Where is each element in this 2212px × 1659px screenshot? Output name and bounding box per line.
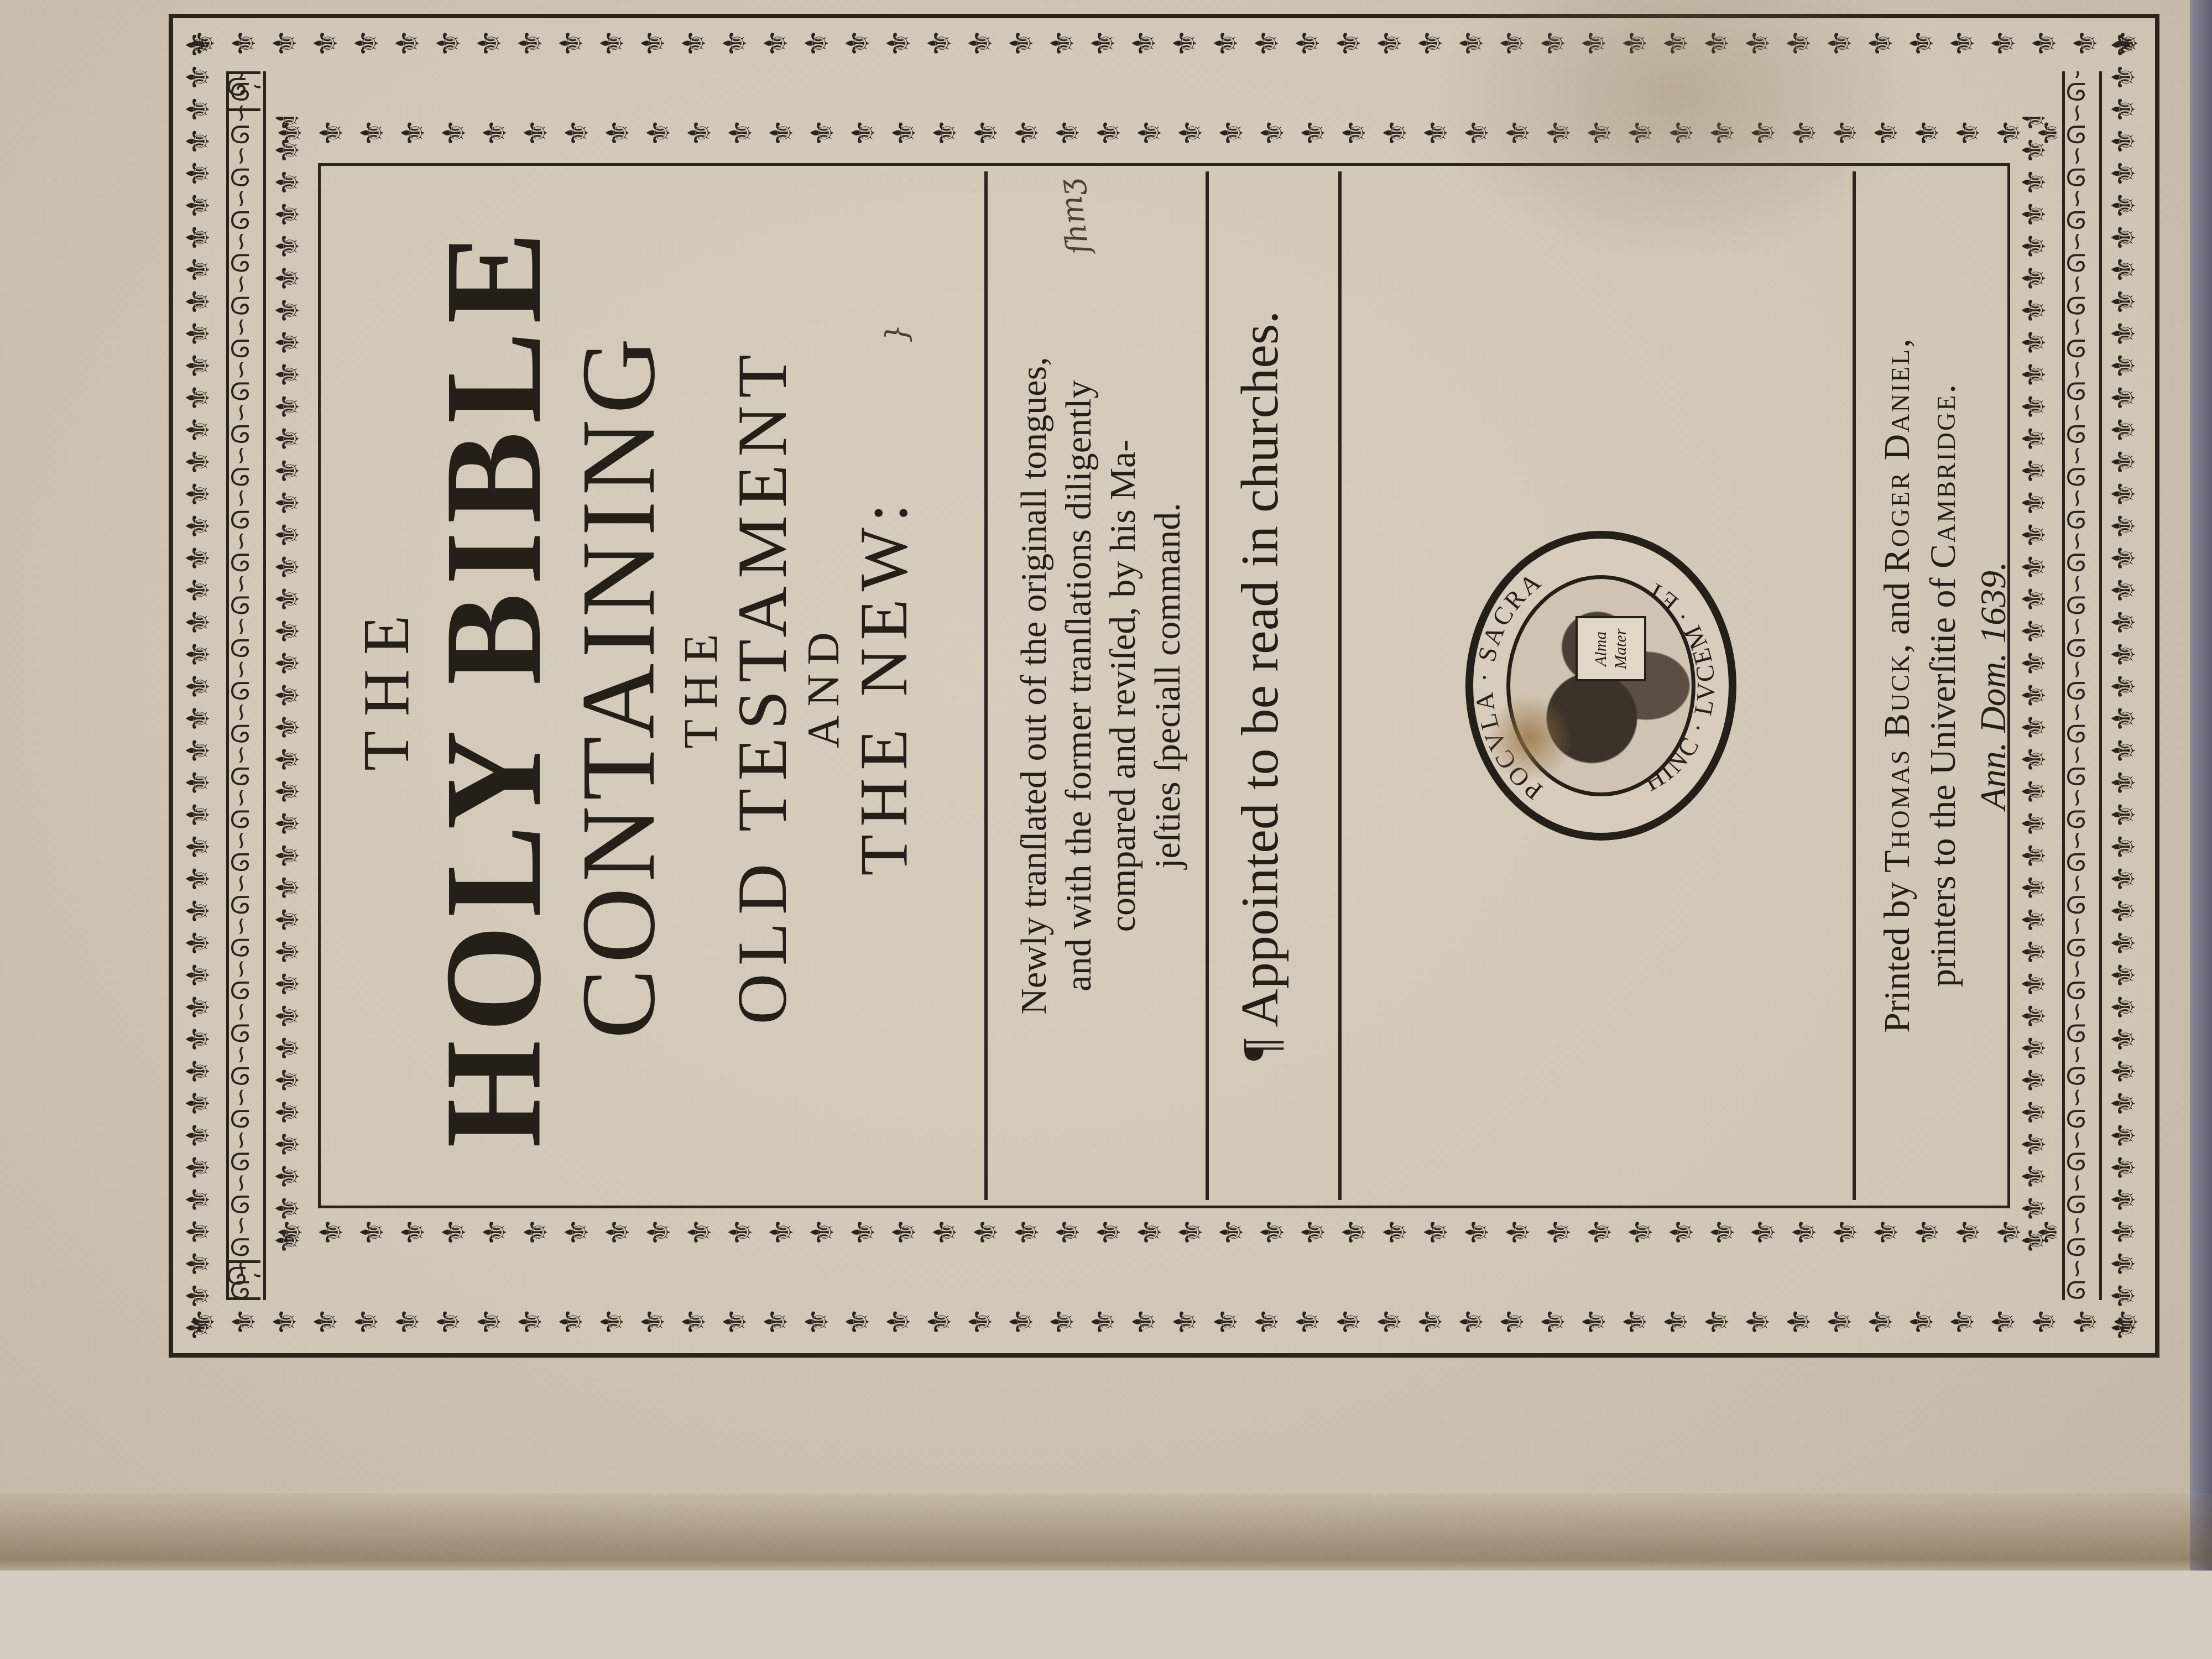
title-the-new: THE NEW: [851, 166, 918, 1206]
backdrop-edge [2190, 0, 2212, 1659]
border-fleuron-row-bottom: ⚜⚜⚜⚜⚜⚜⚜⚜⚜⚜⚜⚜⚜⚜⚜⚜⚜⚜⚜⚜⚜⚜⚜⚜⚜⚜⚜⚜⚜⚜⚜⚜⚜⚜⚜⚜⚜⚜⚜⚜… [2107, 29, 2146, 1342]
border-inner-fleuron-column-right: ⚜⚜⚜⚜⚜⚜⚜⚜⚜⚜⚜⚜⚜⚜⚜⚜⚜⚜⚜⚜⚜⚜⚜⚜⚜⚜⚜⚜⚜⚜⚜⚜⚜⚜⚜⚜⚜⚜⚜⚜… [272, 117, 2057, 155]
appointed-text: Appointed to be read in churches. [1230, 311, 1289, 1027]
ornamental-border: ⚜⚜⚜⚜⚜⚜⚜⚜⚜⚜⚜⚜⚜⚜⚜⚜⚜⚜⚜⚜⚜⚜⚜⚜⚜⚜⚜⚜⚜⚜⚜⚜⚜⚜⚜⚜⚜⚜⚜⚜… [169, 14, 2159, 1358]
rule-after-subtitle [1206, 171, 1209, 1200]
border-inner-fleuron-row-bottom: ⚜⚜⚜⚜⚜⚜⚜⚜⚜⚜⚜⚜⚜⚜⚜⚜⚜⚜⚜⚜⚜⚜⚜⚜⚜⚜⚜⚜⚜⚜⚜⚜⚜⚜⚜⚜⚜⚜⚜⚜… [2018, 117, 2057, 1255]
border-scroll-band-bottom: ᘏ∽ᘏ∽ᘏ∽ᘏ∽ᘏ∽ᘏ∽ᘏ∽ᘏ∽ᘏ∽ᘏ∽ᘏ∽ᘏ∽ᘏ∽ᘏ∽ᘏ∽ᘏ∽ᘏ∽ᘏ∽ᘏ∽ᘏ∽… [2062, 71, 2102, 1300]
rule-after-appointed [1338, 171, 1342, 1200]
alma-mater-seal: POCVLA · SACRA HINC · LVCEM · ET Alma Ma… [1465, 531, 1736, 841]
imprint-printers-line: Printed by Thomas Buck, and Roger Daniel… [1875, 166, 1921, 1206]
imprint-place: Cambridge [1923, 394, 1963, 568]
seal-center-image: Alma Mater [1506, 575, 1695, 796]
subtitle-block: Newly tranſlated out of the originall to… [1012, 166, 1190, 1206]
title-and: AND [801, 166, 846, 1206]
title-page: ⚜⚜⚜⚜⚜⚜⚜⚜⚜⚜⚜⚜⚜⚜⚜⚜⚜⚜⚜⚜⚜⚜⚜⚜⚜⚜⚜⚜⚜⚜⚜⚜⚜⚜⚜⚜⚜⚜⚜⚜… [69, 124, 2143, 1535]
handwritten-mark-bracket: } [879, 324, 914, 343]
imprint-university-line: printers to the Univerſitie of Cambridge… [1921, 166, 1966, 1206]
rule-before-imprint [1853, 171, 1856, 1200]
title-holy-bible: HOLY BIBLE [425, 166, 563, 1206]
border-scroll-band-top: ᘏ∽ᘏ∽ᘏ∽ᘏ∽ᘏ∽ᘏ∽ᘏ∽ᘏ∽ᘏ∽ᘏ∽ᘏ∽ᘏ∽ᘏ∽ᘏ∽ᘏ∽ᘏ∽ᘏ∽ᘏ∽ᘏ∽ᘏ∽… [226, 71, 266, 1300]
imprint-block: Printed by Thomas Buck, and Roger Daniel… [1875, 166, 2021, 1206]
rule-after-title [984, 171, 988, 1200]
title-old-testament: OLD TESTAMENT [727, 166, 797, 1206]
border-inner-fleuron-column-left: ⚜⚜⚜⚜⚜⚜⚜⚜⚜⚜⚜⚜⚜⚜⚜⚜⚜⚜⚜⚜⚜⚜⚜⚜⚜⚜⚜⚜⚜⚜⚜⚜⚜⚜⚜⚜⚜⚜⚜⚜… [272, 1216, 2057, 1255]
seal-book-icon: Alma Mater [1575, 616, 1646, 681]
title-containing: CONTAINING [566, 166, 671, 1206]
imprint-date: Ann. Dom. 1639. [1966, 166, 2021, 1206]
border-scroll-band-right: ᘏ∽ᘏ∽ᘏ∽ᘏ∽ᘏ∽ᘏ∽ᘏ∽ᘏ∽ᘏ∽ᘏ∽ᘏ∽ᘏ∽ᘏ∽ᘏ∽ᘏ∽ᘏ∽ᘏ∽ᘏ∽ᘏ∽ᘏ∽… [226, 71, 260, 111]
appointed-line: ¶Appointed to be read in churches. [1233, 166, 1286, 1206]
subtitle-line: jeſties ſpeciall command. [1146, 166, 1191, 1206]
underlying-leaf [0, 1571, 2212, 1659]
title-the: THE [354, 166, 419, 1206]
border-fleuron-column-left: ⚜⚜⚜⚜⚜⚜⚜⚜⚜⚜⚜⚜⚜⚜⚜⚜⚜⚜⚜⚜⚜⚜⚜⚜⚜⚜⚜⚜⚜⚜⚜⚜⚜⚜⚜⚜⚜⚜⚜⚜… [184, 1306, 2144, 1344]
border-fleuron-row-top: ⚜⚜⚜⚜⚜⚜⚜⚜⚜⚜⚜⚜⚜⚜⚜⚜⚜⚜⚜⚜⚜⚜⚜⚜⚜⚜⚜⚜⚜⚜⚜⚜⚜⚜⚜⚜⚜⚜⚜⚜… [182, 29, 221, 1342]
subtitle-line: Newly tranſlated out of the originall to… [1012, 166, 1057, 1206]
title-page-upright: ⚜⚜⚜⚜⚜⚜⚜⚜⚜⚜⚜⚜⚜⚜⚜⚜⚜⚜⚜⚜⚜⚜⚜⚜⚜⚜⚜⚜⚜⚜⚜⚜⚜⚜⚜⚜⚜⚜⚜⚜… [69, 124, 2143, 1535]
seal-book-text: Alma [1591, 618, 1611, 679]
border-inner-fleuron-row-top: ⚜⚜⚜⚜⚜⚜⚜⚜⚜⚜⚜⚜⚜⚜⚜⚜⚜⚜⚜⚜⚜⚜⚜⚜⚜⚜⚜⚜⚜⚜⚜⚜⚜⚜⚜⚜⚜⚜⚜⚜… [272, 117, 310, 1255]
printer-name: Roger Daniel [1877, 348, 1917, 573]
subtitle-line: compared and reviſed, by his Ma- [1101, 166, 1146, 1206]
border-scroll-band-left: ᘏ∽ᘏ∽ᘏ∽ᘏ∽ᘏ∽ᘏ∽ᘏ∽ᘏ∽ᘏ∽ᘏ∽ᘏ∽ᘏ∽ᘏ∽ᘏ∽ᘏ∽ᘏ∽ᘏ∽ᘏ∽ᘏ∽ᘏ∽… [226, 1260, 260, 1300]
title-block: THE HOLY BIBLE CONTAINING THE OLD TESTAM… [343, 166, 918, 1206]
printer-name: Thomas Buck [1877, 653, 1917, 873]
seal-book-text: Mater [1611, 618, 1631, 679]
text-panel: THE HOLY BIBLE CONTAINING THE OLD TESTAM… [318, 163, 2010, 1208]
subtitle-line: and with the former tranſlations diligen… [1057, 166, 1102, 1206]
pilcrow-icon: ¶ [1234, 1038, 1288, 1061]
border-fleuron-column-right: ⚜⚜⚜⚜⚜⚜⚜⚜⚜⚜⚜⚜⚜⚜⚜⚜⚜⚜⚜⚜⚜⚜⚜⚜⚜⚜⚜⚜⚜⚜⚜⚜⚜⚜⚜⚜⚜⚜⚜⚜… [184, 27, 2144, 66]
title-the-second: THE [677, 166, 724, 1206]
